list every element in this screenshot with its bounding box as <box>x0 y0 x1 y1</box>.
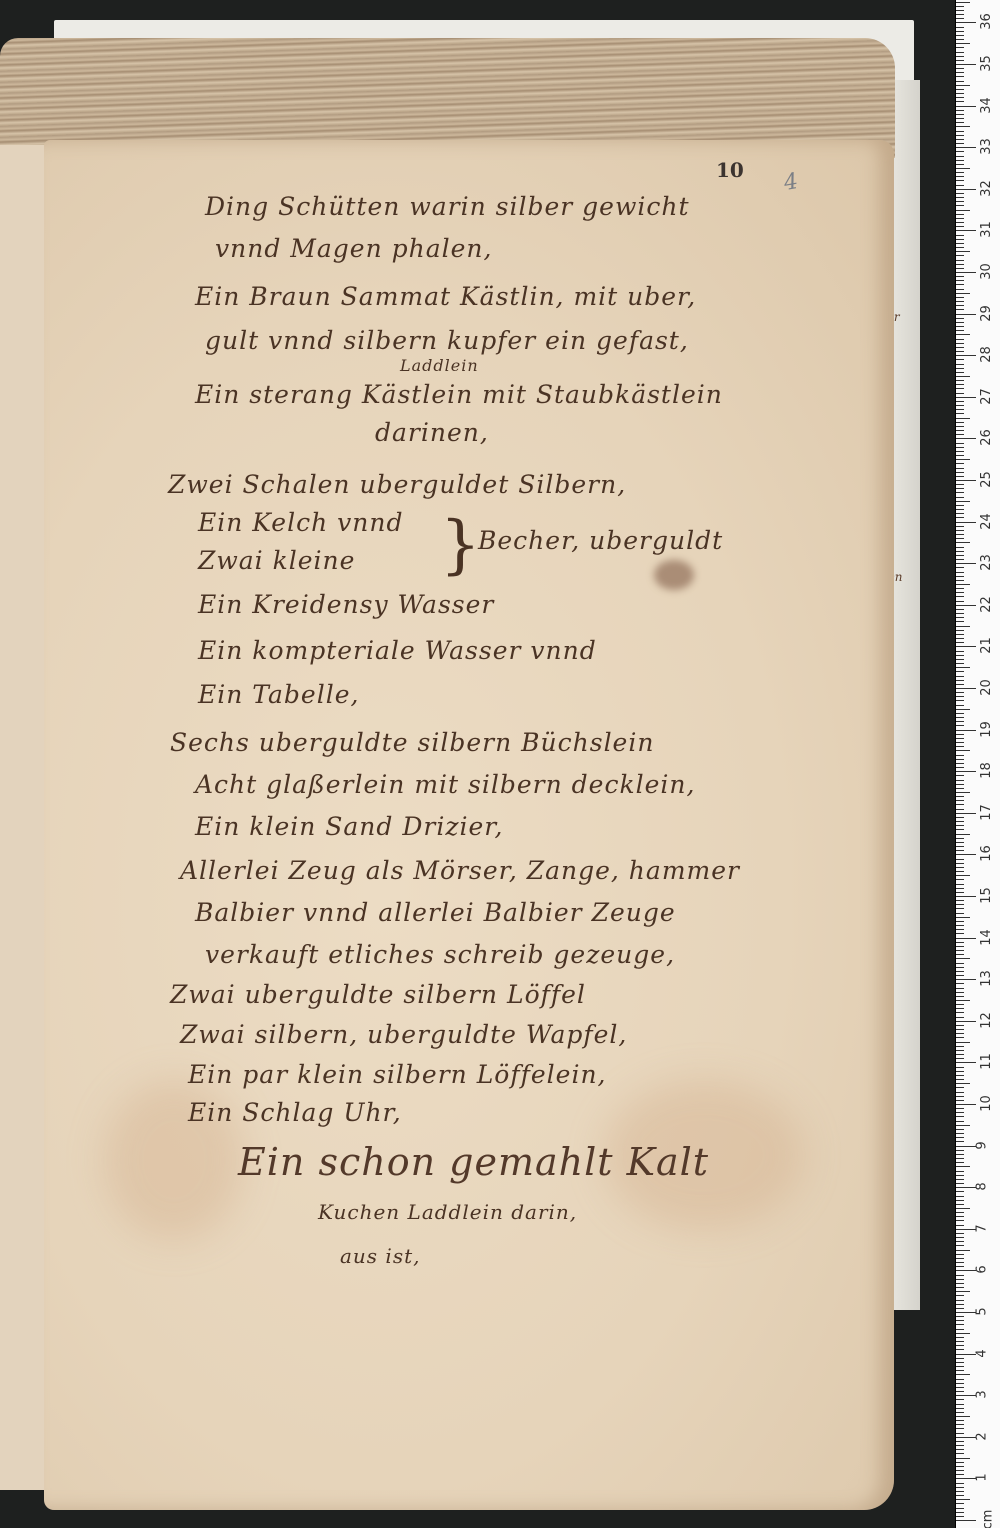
ruler-tick <box>956 1287 964 1288</box>
ruler-tick <box>956 405 964 406</box>
ruler-tick <box>956 742 964 743</box>
ruler-tick <box>956 39 964 40</box>
ruler-tick <box>956 301 964 302</box>
ruler-tick <box>956 1062 976 1063</box>
ruler-tick <box>956 476 964 477</box>
ruler-tick <box>956 1212 964 1213</box>
ruler-tick <box>956 484 964 485</box>
ruler-number: 36 <box>979 14 994 31</box>
ruler-tick <box>956 513 964 514</box>
ruler-tick <box>956 1391 964 1392</box>
ruler-tick <box>956 725 964 726</box>
ruler-tick <box>956 18 964 19</box>
ruler-tick <box>956 1349 964 1350</box>
ruler-tick <box>956 563 976 564</box>
ruler-tick <box>956 696 964 697</box>
ruler-tick <box>956 1508 964 1509</box>
ruler-number: 19 <box>979 721 994 738</box>
ruler-tick <box>956 1458 970 1459</box>
ruler-tick <box>956 280 964 281</box>
ruler-tick <box>956 93 964 94</box>
ruler-tick <box>956 613 964 614</box>
ruler-tick <box>956 1487 964 1488</box>
ruler-tick <box>956 1154 964 1155</box>
ruler-tick <box>956 709 970 710</box>
ruler-tick <box>956 1420 964 1421</box>
ruler-tick <box>956 655 964 656</box>
ruler-tick <box>956 804 964 805</box>
ruler-tick <box>956 601 964 602</box>
ruler-tick <box>956 879 964 880</box>
ruler-tick <box>956 1187 976 1188</box>
ruler-tick <box>956 1387 964 1388</box>
ruler-number: 4 <box>975 1349 990 1357</box>
ruler-tick <box>956 272 976 273</box>
manuscript-line: Ein Kelch vnnd <box>198 508 403 537</box>
ruler-tick <box>956 1295 964 1296</box>
ruler-tick <box>956 60 964 61</box>
ruler-tick <box>956 800 964 801</box>
ruler-tick <box>956 1441 964 1442</box>
ruler-tick <box>956 705 964 706</box>
ruler-tick <box>956 343 964 344</box>
ruler-tick <box>956 193 964 194</box>
ruler-tick <box>956 488 964 489</box>
ruler-tick <box>956 1312 976 1313</box>
ruler-tick <box>956 1137 964 1138</box>
ruler-tick <box>956 796 964 797</box>
ruler-tick <box>956 1216 964 1217</box>
ruler-tick <box>956 1100 964 1101</box>
ruler-tick <box>956 547 964 548</box>
ruler-tick <box>956 1437 976 1438</box>
manuscript-line: darinen, <box>375 418 489 447</box>
ruler-tick <box>956 364 964 365</box>
ruler-tick <box>956 626 970 627</box>
ruler-tick <box>956 10 964 11</box>
ruler-tick <box>956 530 964 531</box>
ruler-tick <box>956 401 964 402</box>
ruler-tick <box>956 942 964 943</box>
ruler-tick <box>956 850 964 851</box>
ruler-tick <box>956 339 964 340</box>
ruler-tick <box>956 422 964 423</box>
ruler-tick <box>956 214 964 215</box>
ruler-tick <box>956 838 964 839</box>
ruler-tick <box>956 197 964 198</box>
ruler-tick <box>956 596 964 597</box>
ruler-tick <box>956 1316 964 1317</box>
ruler-tick <box>956 1046 964 1047</box>
ruler-number: 22 <box>979 596 994 613</box>
manuscript-line: Ein kompteriale Wasser vnnd <box>198 636 597 665</box>
manuscript-line: gult vnnd silbern kupfer ein gefast, <box>205 326 689 355</box>
ruler-tick <box>956 1275 964 1276</box>
ruler-tick <box>956 621 964 622</box>
ruler-tick <box>956 900 964 901</box>
ruler-tick <box>956 813 976 814</box>
ruler-tick <box>956 892 964 893</box>
ruler-tick <box>956 542 970 543</box>
ruler-tick <box>956 347 964 348</box>
ruler-tick <box>956 771 976 772</box>
ruler-tick <box>956 1354 976 1355</box>
manuscript-line: Ein Braun Sammat Kästlin, mit uber, <box>195 282 696 311</box>
ruler-tick <box>956 1092 964 1093</box>
ruler-number: 3 <box>975 1391 990 1399</box>
ruler-tick <box>956 76 964 77</box>
ruler-tick <box>956 580 964 581</box>
ruler-tick <box>956 1358 964 1359</box>
ruler-tick <box>956 1237 964 1238</box>
ruler-tick <box>956 534 964 535</box>
ruler-tick <box>956 763 964 764</box>
bracketed-text: Becher, uberguldt <box>478 526 723 555</box>
ruler-number: 6 <box>975 1266 990 1274</box>
ruler-tick <box>956 671 964 672</box>
ruler-tick <box>956 85 970 86</box>
ruler-tick <box>956 963 964 964</box>
ruler-tick <box>956 825 964 826</box>
ruler-tick <box>956 388 964 389</box>
manuscript-line: Zwai uberguldte silbern Löffel <box>170 980 586 1009</box>
ruler-tick <box>956 492 964 493</box>
ruler-tick <box>956 1241 964 1242</box>
ruler-tick <box>956 642 964 643</box>
ruler-number: 13 <box>979 970 994 987</box>
ruler-tick <box>956 472 964 473</box>
ruler-tick <box>956 305 964 306</box>
ruler-tick <box>956 380 964 381</box>
ruler-tick <box>956 443 964 444</box>
ruler-number: 33 <box>979 138 994 155</box>
ruler-tick <box>956 1116 964 1117</box>
ruler-tick <box>956 189 976 190</box>
ruler-tick <box>956 289 964 290</box>
facing-page-edge <box>0 145 49 1490</box>
ruler-tick <box>956 1196 964 1197</box>
ruler-tick <box>956 713 964 714</box>
ruler-tick <box>956 1399 964 1400</box>
ruler-tick <box>956 463 964 464</box>
ruler-tick <box>956 1445 964 1446</box>
ruler-tick <box>956 1283 964 1284</box>
ruler-tick <box>956 1200 964 1201</box>
ruler-tick <box>956 176 964 177</box>
ruler-tick <box>956 888 964 889</box>
ruler-tick <box>956 1374 970 1375</box>
ruler-tick <box>956 147 976 148</box>
ruler-tick <box>956 384 964 385</box>
ruler-tick <box>956 297 964 298</box>
ruler-tick <box>956 609 964 610</box>
ruler-tick <box>956 1229 976 1230</box>
ruler-tick <box>956 1166 970 1167</box>
manuscript-line: verkauft etliches schreib gezeuge, <box>205 940 675 969</box>
ruler-tick <box>956 447 964 448</box>
ruler-tick <box>956 222 964 223</box>
ruler-tick <box>956 1370 964 1371</box>
ruler-tick <box>956 1104 976 1105</box>
ruler-tick <box>956 434 964 435</box>
ruler-tick <box>956 659 964 660</box>
ruler-tick <box>956 110 964 111</box>
ruler-tick <box>956 1324 964 1325</box>
ruler-tick <box>956 330 964 331</box>
ruler-tick <box>956 168 970 169</box>
ruler-tick <box>956 1021 976 1022</box>
ruler-tick <box>956 1191 964 1192</box>
ruler-tick <box>956 1017 964 1018</box>
ruler-tick <box>956 56 964 57</box>
ruler-tick <box>956 938 976 939</box>
ruler-tick <box>956 1341 964 1342</box>
ruler-tick <box>956 750 970 751</box>
ruler-tick <box>956 260 964 261</box>
ruler-tick <box>956 185 964 186</box>
ruler-tick <box>956 1483 964 1484</box>
ruler-tick <box>956 925 964 926</box>
ruler-tick <box>956 106 976 107</box>
manuscript-line: vnnd Magen phalen, <box>215 234 492 263</box>
manuscript-line: Kuchen Laddlein darin, <box>318 1200 577 1224</box>
ruler-number: 34 <box>979 97 994 114</box>
ruler-tick <box>956 958 970 959</box>
ruler-tick <box>956 1412 964 1413</box>
ruler-tick <box>956 551 964 552</box>
ruler-tick <box>956 1491 964 1492</box>
ruler-tick <box>956 734 964 735</box>
ruler-tick <box>956 555 964 556</box>
ruler-tick <box>956 817 964 818</box>
ruler-tick <box>956 667 970 668</box>
manuscript-line: Zwai kleine <box>198 546 355 575</box>
ruler-tick <box>956 592 964 593</box>
manuscript-line: Ein Schlag Uhr, <box>188 1098 402 1127</box>
ruler-tick <box>956 1067 964 1068</box>
ruler-tick <box>956 559 964 560</box>
ruler-tick <box>956 1075 964 1076</box>
ruler-tick <box>956 651 964 652</box>
ruler-tick <box>956 1300 964 1301</box>
ruler-tick <box>956 863 964 864</box>
ruler-tick <box>956 1266 964 1267</box>
ruler-tick <box>956 1233 964 1234</box>
ruler-tick <box>956 1433 964 1434</box>
ruler-tick <box>956 950 964 951</box>
ruler-tick <box>956 684 964 685</box>
ruler-tick <box>956 842 964 843</box>
ruler-tick <box>956 1320 964 1321</box>
ruler-tick <box>956 846 964 847</box>
ruler-tick <box>956 1050 964 1051</box>
ruler-number: 2 <box>975 1432 990 1440</box>
ruler-tick <box>956 634 964 635</box>
ruler-tick <box>956 929 964 930</box>
ruler-tick <box>956 1308 964 1309</box>
ruler-tick <box>956 89 964 90</box>
ruler-tick <box>956 1083 970 1084</box>
ruler-tick <box>956 1291 970 1292</box>
ruler-tick <box>956 1362 964 1363</box>
ruler-tick <box>956 1141 964 1142</box>
ruler-tick <box>956 480 976 481</box>
ruler-number: 25 <box>979 471 994 488</box>
ruler-tick <box>956 72 964 73</box>
ruler-tick <box>956 314 976 315</box>
ruler-tick <box>956 605 976 606</box>
ruler-tick <box>956 908 964 909</box>
ruler-tick <box>956 1416 970 1417</box>
ruler-tick <box>956 784 964 785</box>
ruler-tick <box>956 859 964 860</box>
ruler-tick <box>956 867 964 868</box>
ruler-tick <box>956 1408 964 1409</box>
ruler-number: 24 <box>979 513 994 530</box>
ruler-tick <box>956 22 976 23</box>
ruler-tick <box>956 871 964 872</box>
ruler-tick <box>956 68 964 69</box>
ruler-tick <box>956 438 976 439</box>
ruler-tick <box>956 1012 964 1013</box>
ruler-tick <box>956 505 964 506</box>
ruler-tick <box>956 455 964 456</box>
folio-number: 10 <box>716 158 744 182</box>
ruler-tick <box>956 351 964 352</box>
ruler-tick <box>956 31 964 32</box>
ruler-tick <box>956 576 964 577</box>
ruler-tick <box>956 1379 964 1380</box>
ruler-tick <box>956 717 964 718</box>
manuscript-line: Ein par klein silbern Löffelein, <box>188 1060 607 1089</box>
ruler-tick <box>956 359 964 360</box>
ruler-tick <box>956 368 964 369</box>
ruler-tick <box>956 1129 964 1130</box>
ruler-tick <box>956 630 964 631</box>
ruler-tick <box>956 1225 964 1226</box>
ruler-tick <box>956 43 970 44</box>
ruler-tick <box>956 904 964 905</box>
ruler-number: 14 <box>979 929 994 946</box>
ruler-tick <box>956 1054 964 1055</box>
ruler-tick <box>956 1042 970 1043</box>
ruler-tick <box>956 322 964 323</box>
ruler-tick <box>956 205 964 206</box>
ruler-tick <box>956 755 964 756</box>
ruler-tick <box>956 971 964 972</box>
ruler-tick <box>956 992 964 993</box>
ruler-tick <box>956 780 964 781</box>
ruler-tick <box>956 284 964 285</box>
ruler-tick <box>956 1071 964 1072</box>
ruler-tick <box>956 721 964 722</box>
ruler-tick <box>956 151 964 152</box>
ruler-tick <box>956 538 964 539</box>
ruler-tick <box>956 131 964 132</box>
ruler-tick <box>956 1204 964 1205</box>
ruler-tick <box>956 226 964 227</box>
ruler-tick <box>956 1162 964 1163</box>
ruler-tick <box>956 468 964 469</box>
ruler-tick <box>956 47 964 48</box>
ruler-tick <box>956 1029 964 1030</box>
ruler-number: 7 <box>975 1224 990 1232</box>
ruler-tick <box>956 1250 970 1251</box>
ruler-tick <box>956 746 964 747</box>
ruler-tick <box>956 1258 964 1259</box>
manuscript-line: Zwai silbern, uberguldte Wapfel, <box>180 1020 627 1049</box>
ruler-tick <box>956 517 964 518</box>
ruler-tick <box>956 413 964 414</box>
ruler-tick <box>956 334 970 335</box>
ruler-tick <box>956 235 964 236</box>
ruler-tick <box>956 1337 964 1338</box>
ruler-tick <box>956 854 976 855</box>
ruler-number: 15 <box>979 887 994 904</box>
ruler-tick <box>956 1495 964 1496</box>
ruler-tick <box>956 829 964 830</box>
ruler-tick <box>956 775 964 776</box>
ruler-tick <box>956 1345 964 1346</box>
ruler-tick <box>956 293 970 294</box>
ruler-tick <box>956 1449 964 1450</box>
ruler-tick <box>956 1183 964 1184</box>
ruler-tick <box>956 1329 964 1330</box>
ruler-tick <box>956 1150 964 1151</box>
ruler-tick <box>956 1245 964 1246</box>
ruler-number: 10 <box>979 1095 994 1112</box>
ruler-tick <box>956 118 964 119</box>
ruler-tick <box>956 1428 964 1429</box>
ruler-tick <box>956 1466 964 1467</box>
ruler-tick <box>956 64 976 65</box>
ruler-tick <box>956 1220 964 1221</box>
ruler-tick <box>956 268 964 269</box>
ruler-number: 27 <box>979 388 994 405</box>
manuscript-line: Ein sterang Kästlein mit Staubkästlein <box>195 380 723 409</box>
brace-bracket: } <box>440 508 481 582</box>
manuscript-line: aus ist, <box>340 1244 420 1268</box>
ruler-tick <box>956 917 970 918</box>
ruler-tick <box>956 6 964 7</box>
ruler-tick <box>956 1516 964 1517</box>
ruler-tick <box>956 996 964 997</box>
ruler-tick <box>956 372 964 373</box>
ruler-tick <box>956 954 964 955</box>
ruler-tick <box>956 979 976 980</box>
ruler-tick <box>956 988 964 989</box>
measurement-ruler: 1234567891011121314151617181920212223242… <box>955 0 1000 1528</box>
ruler-tick <box>956 218 964 219</box>
ruler-tick <box>956 14 964 15</box>
ruler-tick <box>956 567 964 568</box>
ruler-tick <box>956 1208 970 1209</box>
ruler-tick <box>956 526 964 527</box>
ruler-tick <box>956 638 964 639</box>
ruler-tick <box>956 1171 964 1172</box>
ruler-number: 17 <box>979 804 994 821</box>
ruler-tick <box>956 983 964 984</box>
ruler-tick <box>956 497 964 498</box>
ruler-tick <box>956 451 964 452</box>
ruler-tick <box>956 1108 964 1109</box>
ruler-number: 18 <box>979 762 994 779</box>
ruler-tick <box>956 243 964 244</box>
ruler-tick <box>956 975 964 976</box>
ruler-number: 16 <box>979 846 994 863</box>
ruler-tick <box>956 663 964 664</box>
ink-blot <box>654 560 694 590</box>
